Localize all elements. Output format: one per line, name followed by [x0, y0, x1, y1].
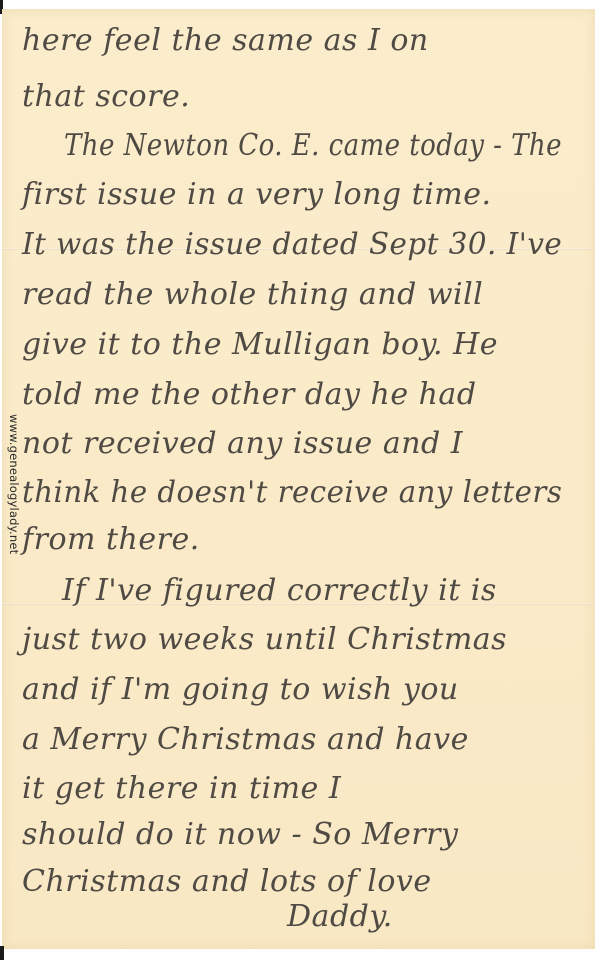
letter-line: told me the other day he had — [22, 377, 477, 412]
scan-edge-mark — [0, 946, 4, 960]
letter-line: read the whole thing and will — [22, 277, 483, 312]
letter-line: it get there in time I — [22, 771, 341, 806]
letter-line: just two weeks until Christmas — [22, 622, 507, 657]
letter-line: It was the issue dated Sept 30. I've — [22, 227, 562, 262]
letter-line: give it to the Mulligan boy. He — [22, 327, 498, 362]
letter-line: from there. — [22, 522, 200, 557]
signature: Daddy. — [287, 899, 393, 934]
letter-line: here feel the same as I on — [22, 23, 429, 58]
letter-line: and if I'm going to wish you — [22, 672, 459, 707]
letter-line: If I've figured correctly it is — [62, 573, 497, 608]
letter-page: www.genealogylady.net here feel the same… — [2, 9, 595, 949]
letter-line: Christmas and lots of love — [22, 864, 432, 899]
letter-line: first issue in a very long time. — [22, 177, 492, 212]
letter-line: The Newton Co. E. came today - The — [64, 128, 562, 163]
letter-line: that score. — [22, 79, 190, 114]
letter-body: here feel the same as I on that score. T… — [2, 9, 595, 949]
letter-line: a Merry Christmas and have — [22, 722, 469, 757]
letter-line: not received any issue and I — [22, 426, 463, 461]
letter-line: think he doesn't receive any letters — [22, 475, 562, 510]
letter-line: should do it now - So Merry — [22, 817, 458, 852]
